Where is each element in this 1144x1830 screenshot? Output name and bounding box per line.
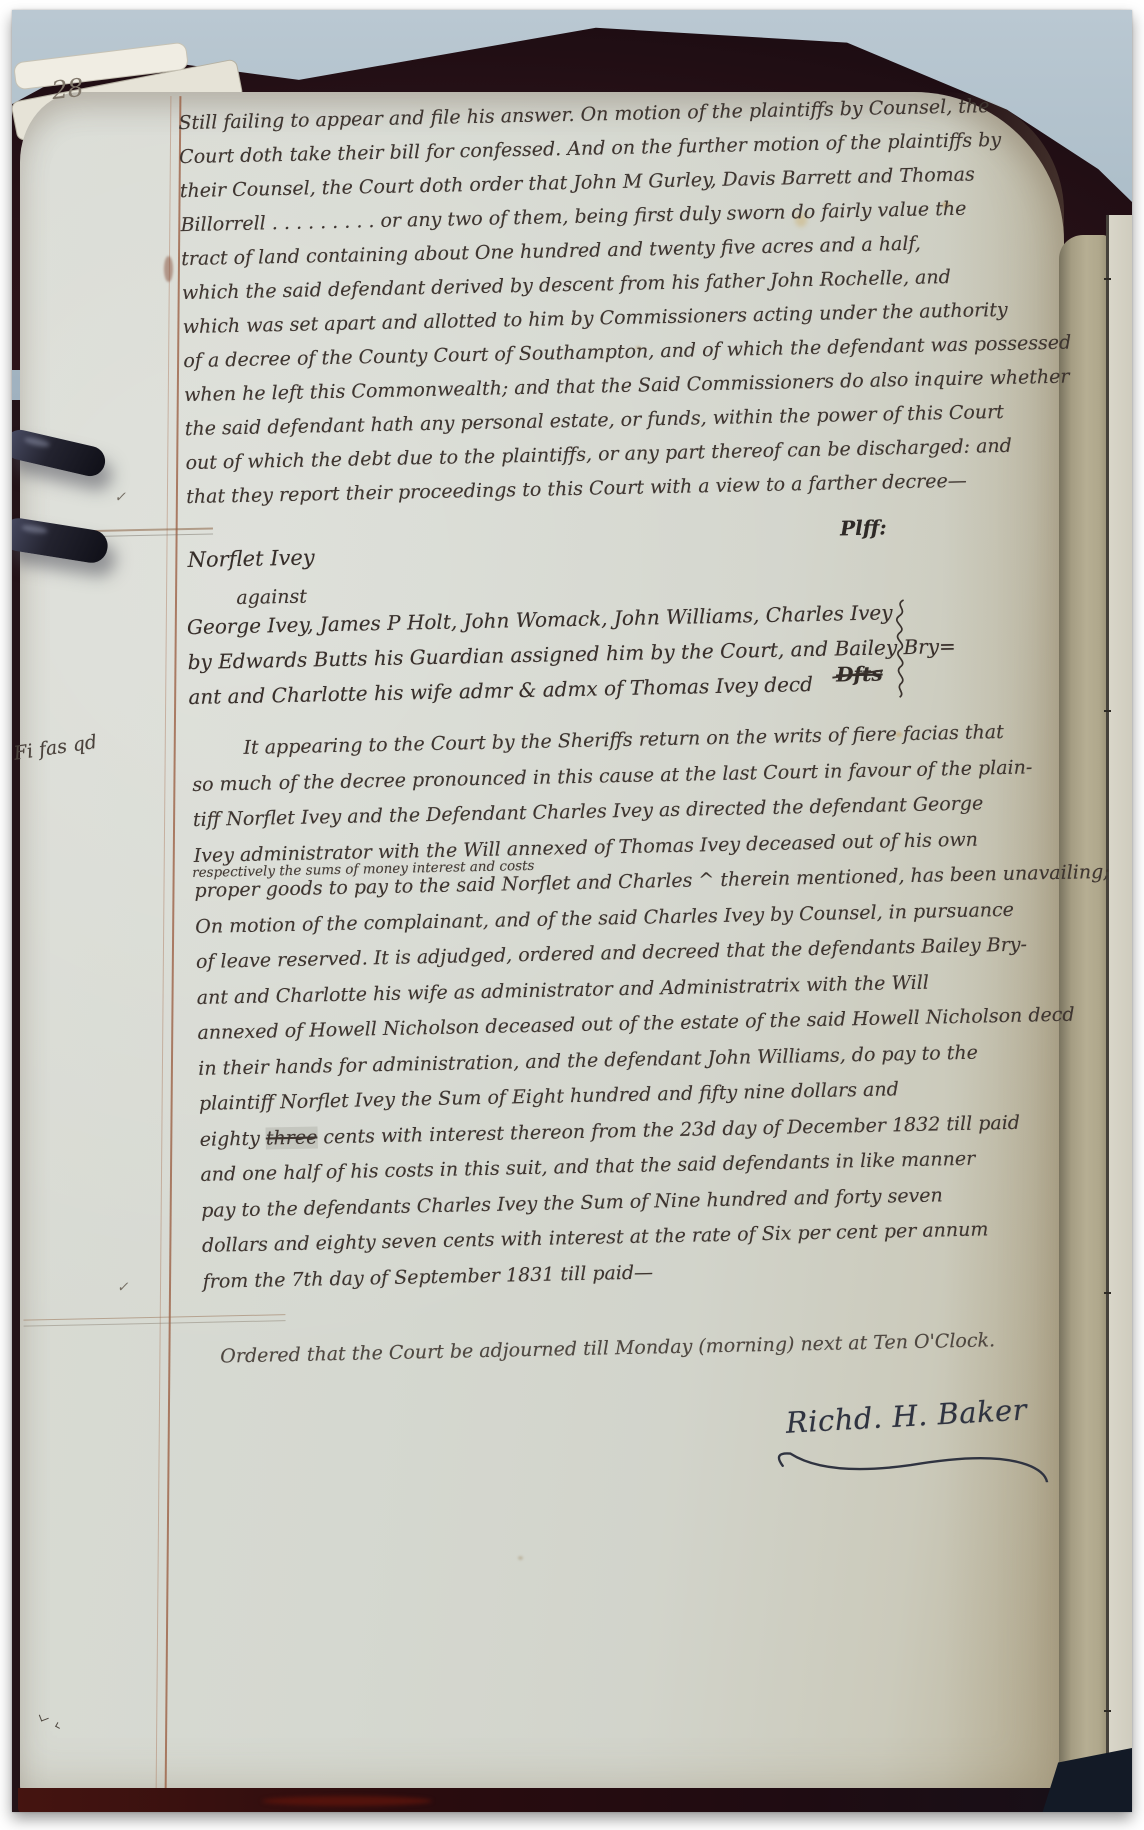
section-divider-line	[23, 1314, 285, 1326]
defendants-abbr: Dfts	[836, 662, 883, 687]
struck-word: three	[266, 1126, 318, 1149]
line-prefix: eighty	[200, 1127, 267, 1150]
versus-label: against	[236, 586, 307, 609]
page-number: 28	[50, 73, 85, 105]
defendants-bracket	[889, 597, 915, 699]
clerk-signature: Richd. H. Baker	[785, 1392, 1028, 1439]
decree-paragraph: It appearing to the Court by the Sheriff…	[191, 713, 1118, 1300]
handwriting-layer: 28 Still failing to appear and file his …	[12, 10, 1132, 1812]
check-mark: ✓	[117, 1279, 129, 1295]
plaintiff-abbr: Plff:	[840, 515, 887, 540]
stray-ink-marks	[40, 1713, 81, 1744]
photo-frame: 28 Still failing to appear and file his …	[0, 0, 1144, 1830]
check-mark: ✓	[114, 489, 126, 505]
signature-flourish	[768, 1436, 1069, 1488]
adjournment-order: Ordered that the Court be adjourned till…	[220, 1329, 995, 1367]
book-scan: 28 Still failing to appear and file his …	[12, 10, 1132, 1812]
continuation-paragraph: Still failing to appear and file his ans…	[178, 88, 1074, 515]
defendants-caption: George Ivey, James P Holt, John Womack, …	[187, 594, 957, 715]
plaintiff-name: Norflet Ivey	[187, 545, 315, 572]
margin-note: Fi fas qd	[12, 731, 98, 765]
